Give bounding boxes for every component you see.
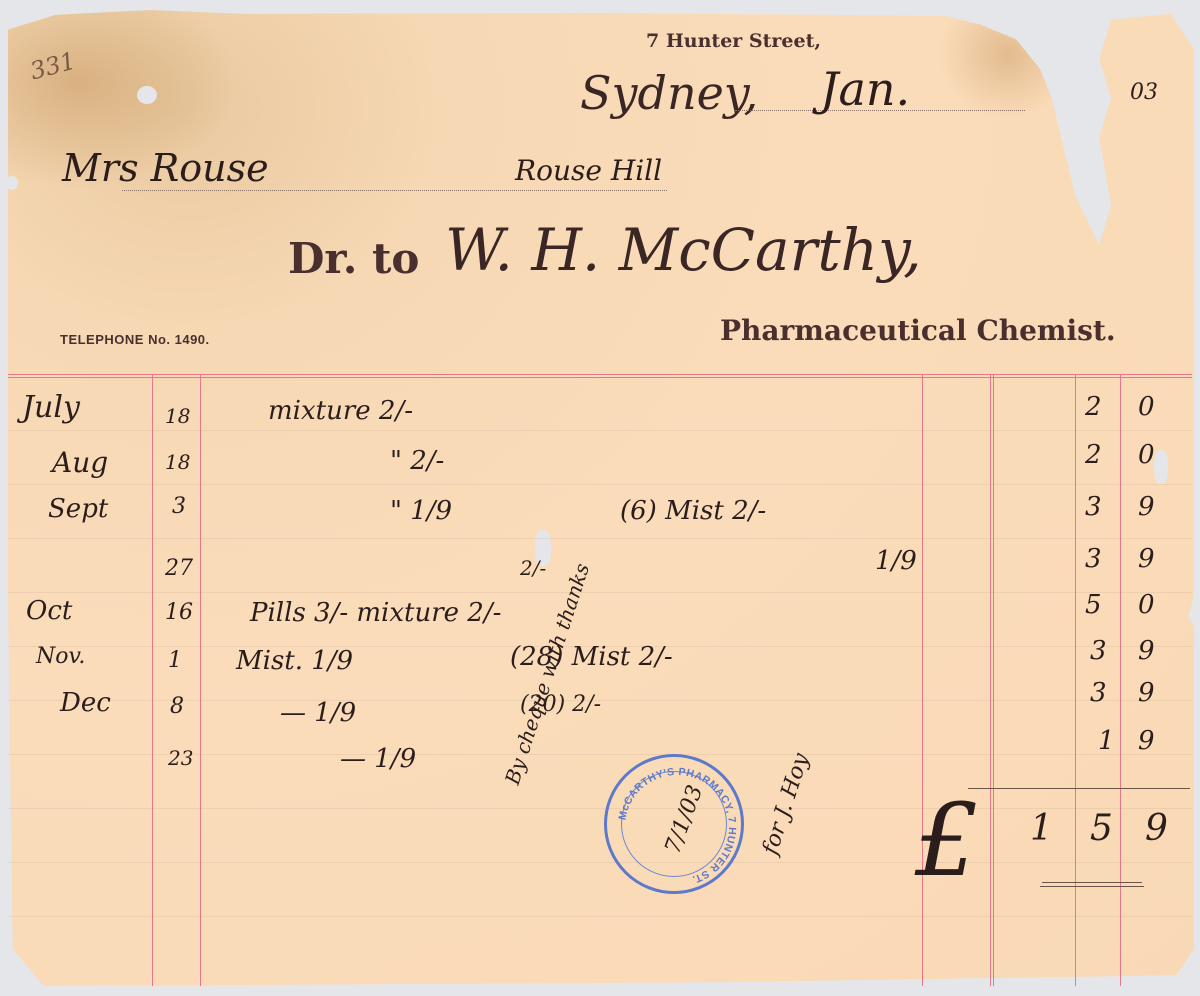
row-shillings: 1 [1098, 726, 1115, 756]
row-month: Nov. [36, 644, 85, 669]
row-pence: 9 [1138, 726, 1155, 756]
row-day: 8 [170, 694, 184, 719]
row-pence: 9 [1138, 678, 1155, 708]
total-shillings: 5 [1090, 808, 1113, 849]
feint-line [8, 862, 1192, 863]
paper-hole [6, 176, 18, 190]
paper-hole [1154, 450, 1168, 484]
row-shillings: 3 [1090, 678, 1107, 708]
pharmacy-stamp: McCARTHY'S PHARMACY, 7 HUNTER ST. 7/1/03 [604, 754, 744, 894]
row-pence: 0 [1138, 392, 1155, 422]
row-day: 3 [172, 494, 186, 519]
row-particulars: " 1/9 [390, 496, 452, 526]
row-month: July [22, 390, 80, 425]
water-stain [938, 10, 1078, 120]
row-shillings: 2 [1085, 392, 1102, 422]
pound-sign: £ [915, 782, 979, 899]
row-day: 16 [165, 600, 193, 625]
row-day: 18 [165, 450, 190, 474]
total-rule [968, 788, 1190, 789]
feint-line [8, 808, 1192, 809]
row-particulars: Mist. 1/9 [236, 646, 353, 676]
row-extra: (28) Mist 2/- [510, 642, 673, 672]
feint-line [8, 538, 1192, 539]
row-shillings: 3 [1090, 636, 1107, 666]
ruling-top [8, 377, 1192, 378]
ruling-top [8, 374, 1192, 375]
row-pence: 9 [1138, 492, 1155, 522]
customer-line [122, 190, 667, 191]
row-extra: (6) Mist 2/- [620, 496, 766, 526]
date-year: 03 [1130, 80, 1158, 105]
telephone-number: TELEPHONE No. 1490. [60, 332, 210, 347]
feint-line [8, 916, 1192, 917]
merchant-name: W. H. McCarthy, [445, 216, 922, 284]
date-month: Jan. [820, 62, 910, 116]
column-rule [152, 374, 153, 986]
row-day: 18 [165, 404, 190, 428]
column-rule [200, 374, 201, 986]
row-pence: 9 [1138, 636, 1155, 666]
row-particulars: — 1/9 [280, 698, 356, 728]
total-underline [1040, 886, 1144, 887]
row-shillings: 3 [1085, 492, 1102, 522]
row-month: Dec [60, 688, 111, 718]
customer-name: Mrs Rouse [62, 146, 269, 190]
column-rule [990, 374, 991, 986]
row-month: Sept [48, 494, 108, 524]
profession-label: Pharmaceutical Chemist. [720, 314, 1116, 347]
total-underline [1042, 882, 1142, 883]
paper-hole [137, 86, 157, 104]
row-shillings: 2 [1085, 440, 1102, 470]
row-shillings: 3 [1085, 544, 1102, 574]
row-particulars: — 1/9 [340, 744, 416, 774]
row-pence: 0 [1138, 440, 1155, 470]
row-extra: 1/9 [875, 546, 917, 576]
city-label: Sydney, [580, 66, 758, 120]
row-particulars: " 2/- [390, 446, 444, 476]
row-particulars: Pills 3/- mixture 2/- [250, 598, 501, 628]
row-pence: 9 [1138, 544, 1155, 574]
feint-line [8, 592, 1192, 593]
row-day: 27 [165, 556, 193, 581]
row-day: 1 [168, 648, 182, 673]
customer-location: Rouse Hill [515, 154, 662, 187]
total-pence: 9 [1145, 808, 1168, 849]
address-line: 7 Hunter Street, [646, 30, 821, 52]
row-pence: 0 [1138, 590, 1155, 620]
total-pounds: 1 [1030, 808, 1053, 849]
debtor-prefix: Dr. to [288, 234, 419, 283]
row-day: 23 [168, 746, 193, 770]
column-rule [993, 374, 994, 986]
row-particulars: 2/- [520, 556, 546, 580]
row-month: Oct [26, 596, 72, 626]
column-rule [1075, 374, 1076, 986]
column-rule [1120, 374, 1121, 986]
row-month: Aug [52, 446, 108, 479]
feint-line [8, 430, 1192, 431]
row-shillings: 5 [1085, 590, 1102, 620]
feint-line [8, 484, 1192, 485]
row-particulars: mixture 2/- [268, 396, 413, 426]
